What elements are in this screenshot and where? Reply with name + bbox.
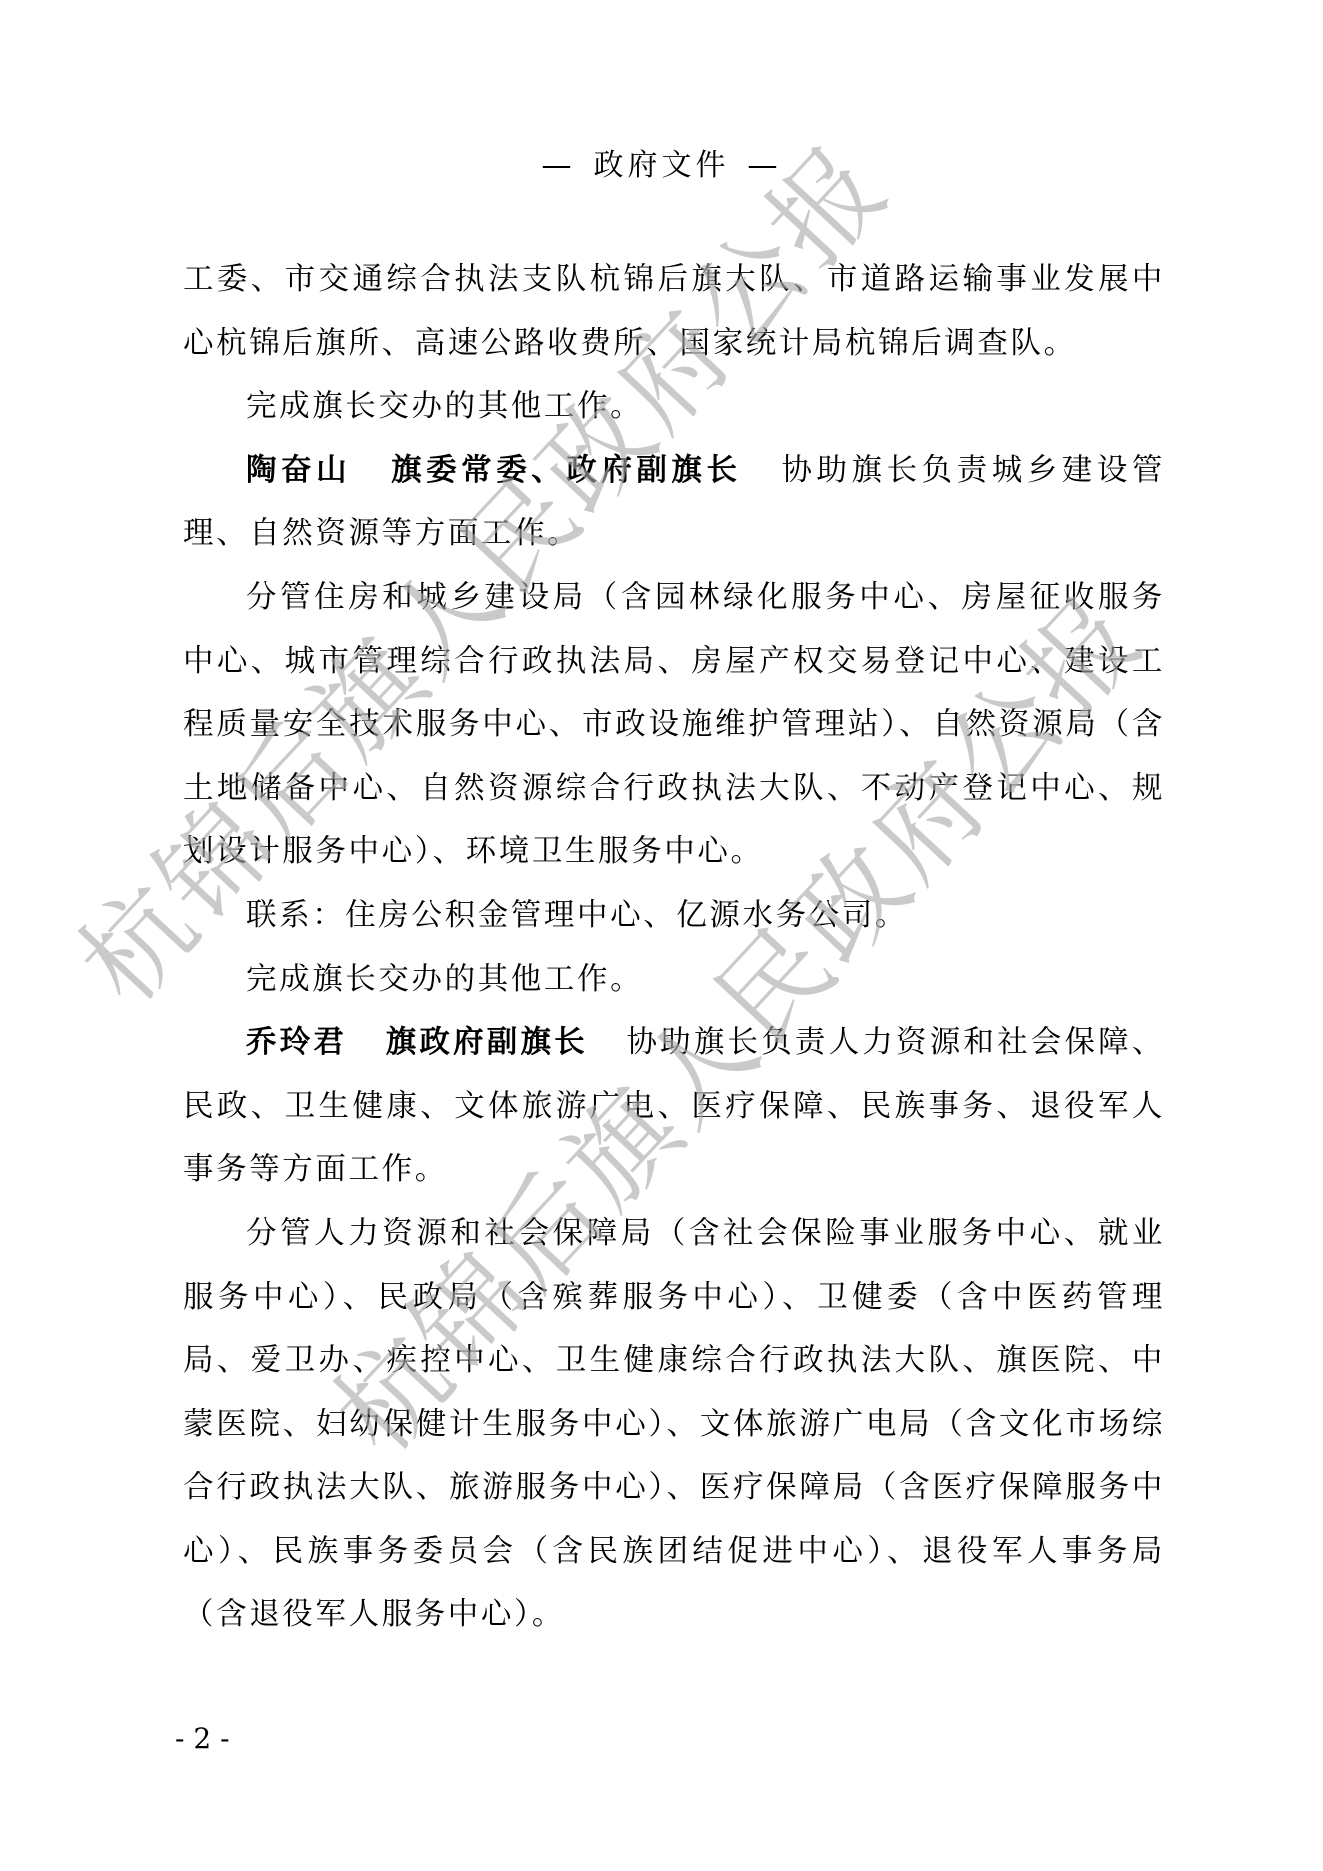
official-name: 陶奋山 <box>246 452 351 488</box>
paragraph: 分管住房和城乡建设局（含园林绿化服务中心、房屋征收服务中心、城市管理综合行政执法… <box>183 566 1165 884</box>
paragraph: 完成旗长交办的其他工作。 <box>183 375 1165 439</box>
paragraph: 联系：住房公积金管理中心、亿源水务公司。 <box>183 884 1165 948</box>
official-title: 旗政府副旗长 <box>385 1024 588 1060</box>
paragraph: 完成旗长交办的其他工作。 <box>183 948 1165 1012</box>
header-dash-right: — <box>748 148 782 183</box>
official-title: 旗委常委、政府副旗长 <box>389 452 741 488</box>
paragraph-continuation: 工委、市交通综合执法支队杭锦后旗大队、市道路运输事业发展中心杭锦后旗所、高速公路… <box>183 248 1165 375</box>
running-header: —政府文件— <box>0 140 1323 184</box>
page-number: - 2 - <box>175 1722 230 1755</box>
header-title: 政府文件 <box>594 148 730 183</box>
header-dash-left: — <box>542 148 576 183</box>
document-body: 工委、市交通综合执法支队杭锦后旗大队、市道路运输事业发展中心杭锦后旗所、高速公路… <box>183 248 1165 1647</box>
paragraph-official-qiao: 乔玲君旗政府副旗长协助旗长负责人力资源和社会保障、民政、卫生健康、文体旅游广电、… <box>183 1011 1165 1202</box>
paragraph: 分管人力资源和社会保障局（含社会保险事业服务中心、就业服务中心）、民政局（含殡葬… <box>183 1202 1165 1647</box>
official-name: 乔玲君 <box>246 1024 347 1060</box>
paragraph-official-tao: 陶奋山旗委常委、政府副旗长协助旗长负责城乡建设管理、自然资源等方面工作。 <box>183 439 1165 566</box>
